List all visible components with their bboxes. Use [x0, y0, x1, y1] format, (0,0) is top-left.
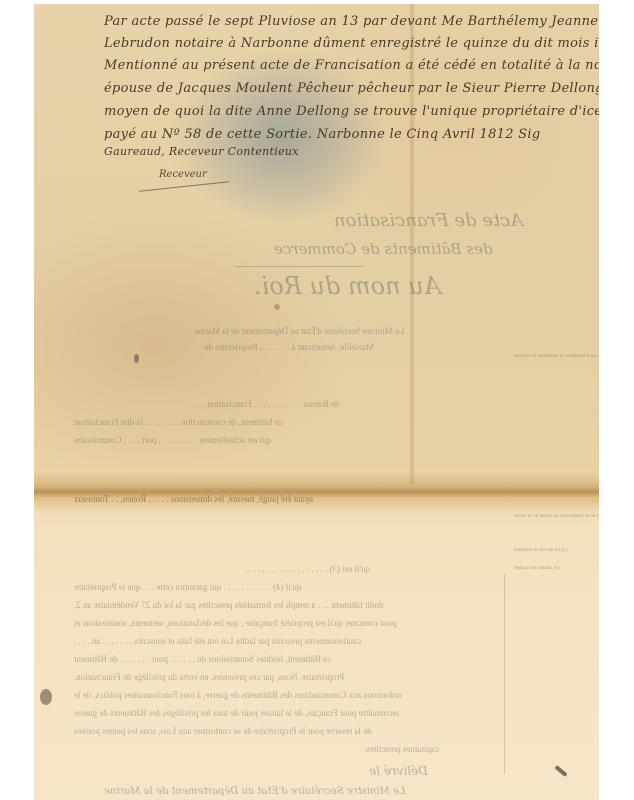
bleed-line: qu'il est (3) . . . . . . . . . . . . . … — [244, 564, 370, 574]
bleed-subtitle: des Bâtiments de Commerce — [274, 240, 493, 258]
ink-blot — [40, 689, 52, 705]
handwritten-line: payé au Nº 58 de cette Sortie. Narbonne … — [104, 127, 541, 142]
bleed-line: ce bâtiment, de construction . . . . . .… — [74, 417, 283, 427]
bleed-line: dudit bâtiment . . . a rempli les formal… — [74, 600, 384, 610]
bleed-line: Propriétaire, Nous, par ces présentes, e… — [74, 672, 344, 682]
bleed-line: qu'il (4) . . . . . . . . . . . qui gara… — [74, 582, 301, 592]
horizontal-fold-line — [34, 472, 599, 512]
bleed-line: de la réserve pour le Propriétaire de se… — [74, 726, 372, 736]
margin-note: (1) Espace réservé au Propriétaire ou Ar… — [514, 354, 599, 359]
signature: Receveur — [159, 169, 207, 180]
bleed-line: de Bateau . . . . . . . . . . . Francisa… — [194, 399, 339, 409]
age-spot — [274, 304, 280, 310]
divider — [234, 266, 364, 267]
ink-mark — [554, 765, 567, 777]
margin-note: (4) Détails sur la jauge — [514, 566, 560, 571]
handwritten-line: moyen de quoi la dite Anne Dellong se tr… — [104, 104, 599, 119]
margin-divider — [504, 574, 505, 774]
document-page: Par acte passé le sept Pluviose an 13 pa… — [34, 4, 599, 800]
bleed-footer: Le Ministre Secrétaire d'État au Départe… — [104, 786, 406, 797]
bleed-title: Acte de Francisation — [334, 210, 523, 231]
bleed-line: qui est actuellement . . . . . . . . . p… — [74, 435, 271, 445]
margin-note: (3) Ce que fait le Bâtiment — [514, 548, 567, 553]
bleed-line: reconnaître pour Français, de le laisser… — [74, 708, 399, 718]
bleed-line: ce Bâtiment, lesdites Soumissions du . .… — [74, 654, 331, 664]
age-spot — [134, 354, 139, 363]
handwritten-line: épouse de Jacques Moulent Pêcheur pêcheu… — [104, 81, 599, 96]
bleed-line: ordonnons aux Commandants des Bâtiments … — [74, 690, 402, 700]
bleed-line: capitaines prescrites. — [364, 744, 439, 754]
bleed-heading: Au nom du Roi. — [254, 272, 441, 300]
bleed-closing: Délivré le — [369, 764, 428, 778]
bleed-line: ayant été jaugé, mesuré, les dimensions … — [74, 494, 313, 504]
bleed-line: cautionnements prescrits par ladite Loi … — [74, 636, 361, 646]
bleed-line: Marseille, demeurant à . . . . . . . Pro… — [204, 342, 374, 352]
handwritten-line: Gaureaud, Receveur Contentieux — [104, 145, 299, 158]
bleed-line: pour constater qu'il est propriété franç… — [74, 618, 397, 628]
handwritten-line: Par acte passé le sept Pluviose an 13 pa… — [104, 14, 599, 29]
bleed-line: Le Ministre Secrétaire d'État au Départe… — [194, 326, 405, 336]
handwritten-line: Mentionné au présent acte de Francisatio… — [104, 58, 599, 73]
handwritten-line: Lebrudon notaire à Narbonne dûment enreg… — [104, 36, 599, 51]
margin-note: (2) Date de la construction ou l'achat d… — [514, 514, 599, 519]
